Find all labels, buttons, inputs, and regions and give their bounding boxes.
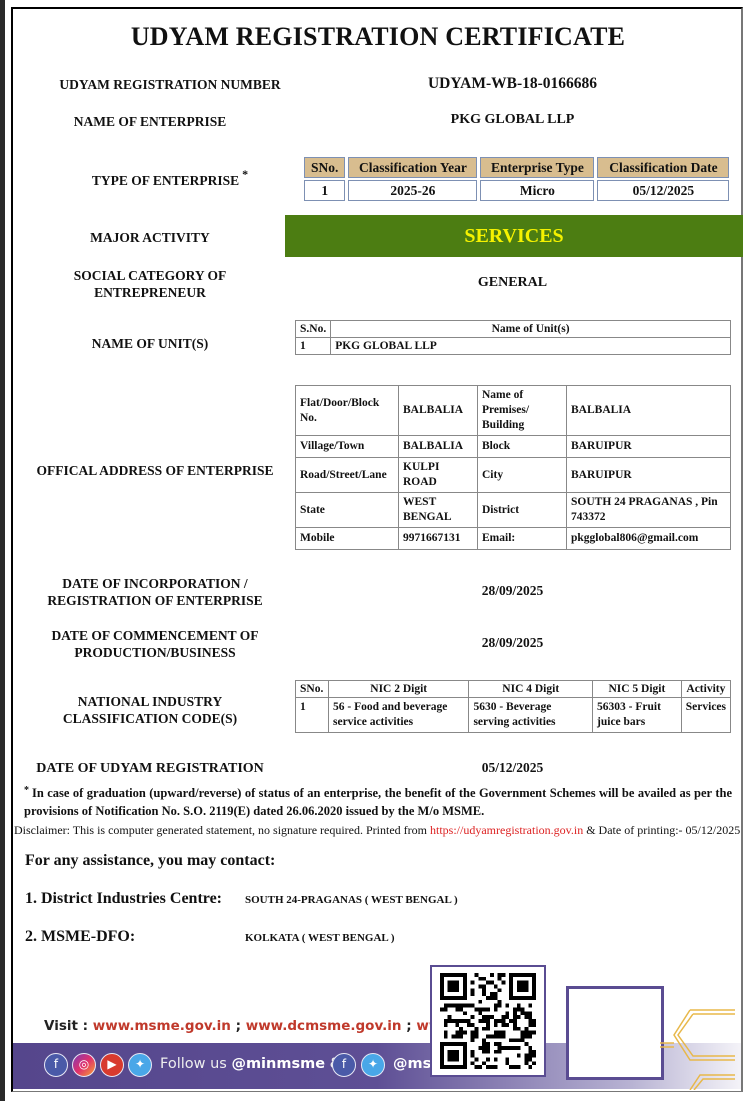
- nic-activity: Services: [681, 698, 730, 733]
- nic-label: NATIONAL INDUSTRYCLASSIFICATION CODE(S): [20, 693, 280, 727]
- address-field-value: WEST BENGAL: [399, 493, 478, 528]
- twitter-icon[interactable]: ✦: [361, 1053, 385, 1077]
- msme-dfo-label: 2. MSME-DFO:: [25, 928, 135, 946]
- social-category-label: SOCIAL CATEGORY OFENTREPRENEUR: [20, 267, 280, 301]
- table-row: 1 PKG GLOBAL LLP: [296, 338, 731, 355]
- address-field-value: pkgglobal806@gmail.com: [567, 528, 731, 550]
- social-category-value: GENERAL: [380, 275, 645, 291]
- cls-sno: 1: [304, 180, 345, 201]
- registration-number-value: UDYAM-WB-18-0166686: [380, 75, 645, 93]
- nic-header-4: NIC 4 Digit: [469, 681, 593, 698]
- dic-value: SOUTH 24-PRAGANAS ( WEST BENGAL ): [245, 894, 458, 906]
- dcmsme-link[interactable]: www.dcmsme.gov.in: [246, 1018, 402, 1034]
- registration-number-label: UDYAM REGISTRATION NUMBER: [20, 76, 320, 93]
- dic-label: 1. District Industries Centre:: [25, 890, 222, 908]
- nic-4-digit: 5630 - Beverage serving activities: [469, 698, 593, 733]
- nic-5-digit: 56303 - Fruit juice bars: [593, 698, 682, 733]
- cls-header-sno: SNo.: [304, 157, 345, 178]
- table-row: 1 56 - Food and beverage service activit…: [296, 698, 731, 733]
- youtube-icon[interactable]: ▶: [100, 1053, 124, 1077]
- address-field-value: BALBALIA: [567, 386, 731, 436]
- enterprise-type-label: TYPE OF ENTERPRISE*: [20, 172, 320, 190]
- table-row: Road/Street/LaneKULPI ROADCityBARUIPUR: [296, 458, 731, 493]
- facebook-icon[interactable]: f: [44, 1053, 68, 1077]
- commencement-value: 28/09/2025: [380, 635, 645, 651]
- msme-dfo-value: KOLKATA ( WEST BENGAL ): [245, 932, 395, 944]
- nic-2-digit: 56 - Food and beverage service activitie…: [328, 698, 468, 733]
- cls-date: 05/12/2025: [597, 180, 729, 201]
- units-label: NAME OF UNIT(S): [20, 335, 280, 352]
- units-table: S.No. Name of Unit(s) 1 PKG GLOBAL LLP: [295, 320, 731, 355]
- commencement-label: DATE OF COMMENCEMENT OFPRODUCTION/BUSINE…: [20, 627, 290, 661]
- address-field-label: Road/Street/Lane: [296, 458, 399, 493]
- address-field-label: Name of Premises/ Building: [478, 386, 567, 436]
- address-field-label: Flat/Door/Block No.: [296, 386, 399, 436]
- udyam-portal-link[interactable]: https://udyamregistration.gov.in: [430, 823, 583, 837]
- viewer-left-edge: [0, 0, 5, 1101]
- qr-code: [430, 965, 546, 1077]
- hexagon-decoration: [660, 1005, 745, 1090]
- udyam-date-label: DATE OF UDYAM REGISTRATION: [20, 760, 280, 777]
- classification-table: SNo. Classification Year Enterprise Type…: [301, 155, 732, 203]
- address-field-value: 9971667131: [399, 528, 478, 550]
- certificate-title: UDYAM REGISTRATION CERTIFICATE: [0, 22, 756, 52]
- nic-sno: 1: [296, 698, 329, 733]
- disclaimer: Disclaimer: This is computer generated s…: [14, 823, 749, 838]
- cls-header-year: Classification Year: [348, 157, 477, 178]
- msme-link[interactable]: www.msme.gov.in: [93, 1018, 231, 1034]
- cls-header-type: Enterprise Type: [480, 157, 594, 178]
- address-field-label: State: [296, 493, 399, 528]
- major-activity-value: SERVICES: [285, 215, 743, 257]
- address-label: OFFICAL ADDRESS OF ENTERPRISE: [20, 462, 290, 479]
- incorporation-label: DATE OF INCORPORATION /REGISTRATION OF E…: [20, 575, 290, 609]
- table-row: Flat/Door/Block No.BALBALIAName of Premi…: [296, 386, 731, 436]
- follow-text: Follow us @minmsme &: [160, 1056, 341, 1072]
- photo-placeholder: [566, 986, 664, 1080]
- udyam-date-value: 05/12/2025: [380, 760, 645, 776]
- nic-table: SNo. NIC 2 Digit NIC 4 Digit NIC 5 Digit…: [295, 680, 731, 733]
- nic-header-2: NIC 2 Digit: [328, 681, 468, 698]
- address-field-value: BALBALIA: [399, 386, 478, 436]
- table-row: Mobile9971667131Email:pkgglobal806@gmail…: [296, 528, 731, 550]
- address-field-label: District: [478, 493, 567, 528]
- address-field-value: BALBALIA: [399, 436, 478, 458]
- twitter-icon[interactable]: ✦: [128, 1053, 152, 1077]
- facebook-icon[interactable]: f: [332, 1053, 356, 1077]
- cls-year: 2025-26: [348, 180, 477, 201]
- address-field-value: BARUIPUR: [567, 436, 731, 458]
- unit-name: PKG GLOBAL LLP: [331, 338, 731, 355]
- address-field-label: Block: [478, 436, 567, 458]
- address-field-value: SOUTH 24 PRAGANAS , Pin 743372: [567, 493, 731, 528]
- enterprise-name-label: NAME OF ENTERPRISE: [20, 113, 280, 130]
- graduation-note: *In case of graduation (upward/reverse) …: [24, 785, 732, 820]
- units-header-sno: S.No.: [296, 321, 331, 338]
- incorporation-value: 28/09/2025: [380, 583, 645, 599]
- nic-header-activity: Activity: [681, 681, 730, 698]
- address-field-value: KULPI ROAD: [399, 458, 478, 493]
- table-row: StateWEST BENGALDistrictSOUTH 24 PRAGANA…: [296, 493, 731, 528]
- nic-header-5: NIC 5 Digit: [593, 681, 682, 698]
- nic-header-sno: SNo.: [296, 681, 329, 698]
- cls-type: Micro: [480, 180, 594, 201]
- instagram-icon[interactable]: ◎: [72, 1053, 96, 1077]
- address-field-label: Mobile: [296, 528, 399, 550]
- cls-header-date: Classification Date: [597, 157, 729, 178]
- address-field-label: Village/Town: [296, 436, 399, 458]
- qr-code-pattern: [440, 973, 536, 1069]
- address-table: Flat/Door/Block No.BALBALIAName of Premi…: [295, 385, 731, 550]
- table-row: 1 2025-26 Micro 05/12/2025: [304, 180, 729, 201]
- address-field-value: BARUIPUR: [567, 458, 731, 493]
- table-row: Village/TownBALBALIABlockBARUIPUR: [296, 436, 731, 458]
- address-field-label: Email:: [478, 528, 567, 550]
- enterprise-name-value: PKG GLOBAL LLP: [380, 112, 645, 128]
- unit-sno: 1: [296, 338, 331, 355]
- address-field-label: City: [478, 458, 567, 493]
- assistance-heading: For any assistance, you may contact:: [25, 852, 275, 870]
- major-activity-label: MAJOR ACTIVITY: [20, 229, 280, 246]
- units-header-name: Name of Unit(s): [331, 321, 731, 338]
